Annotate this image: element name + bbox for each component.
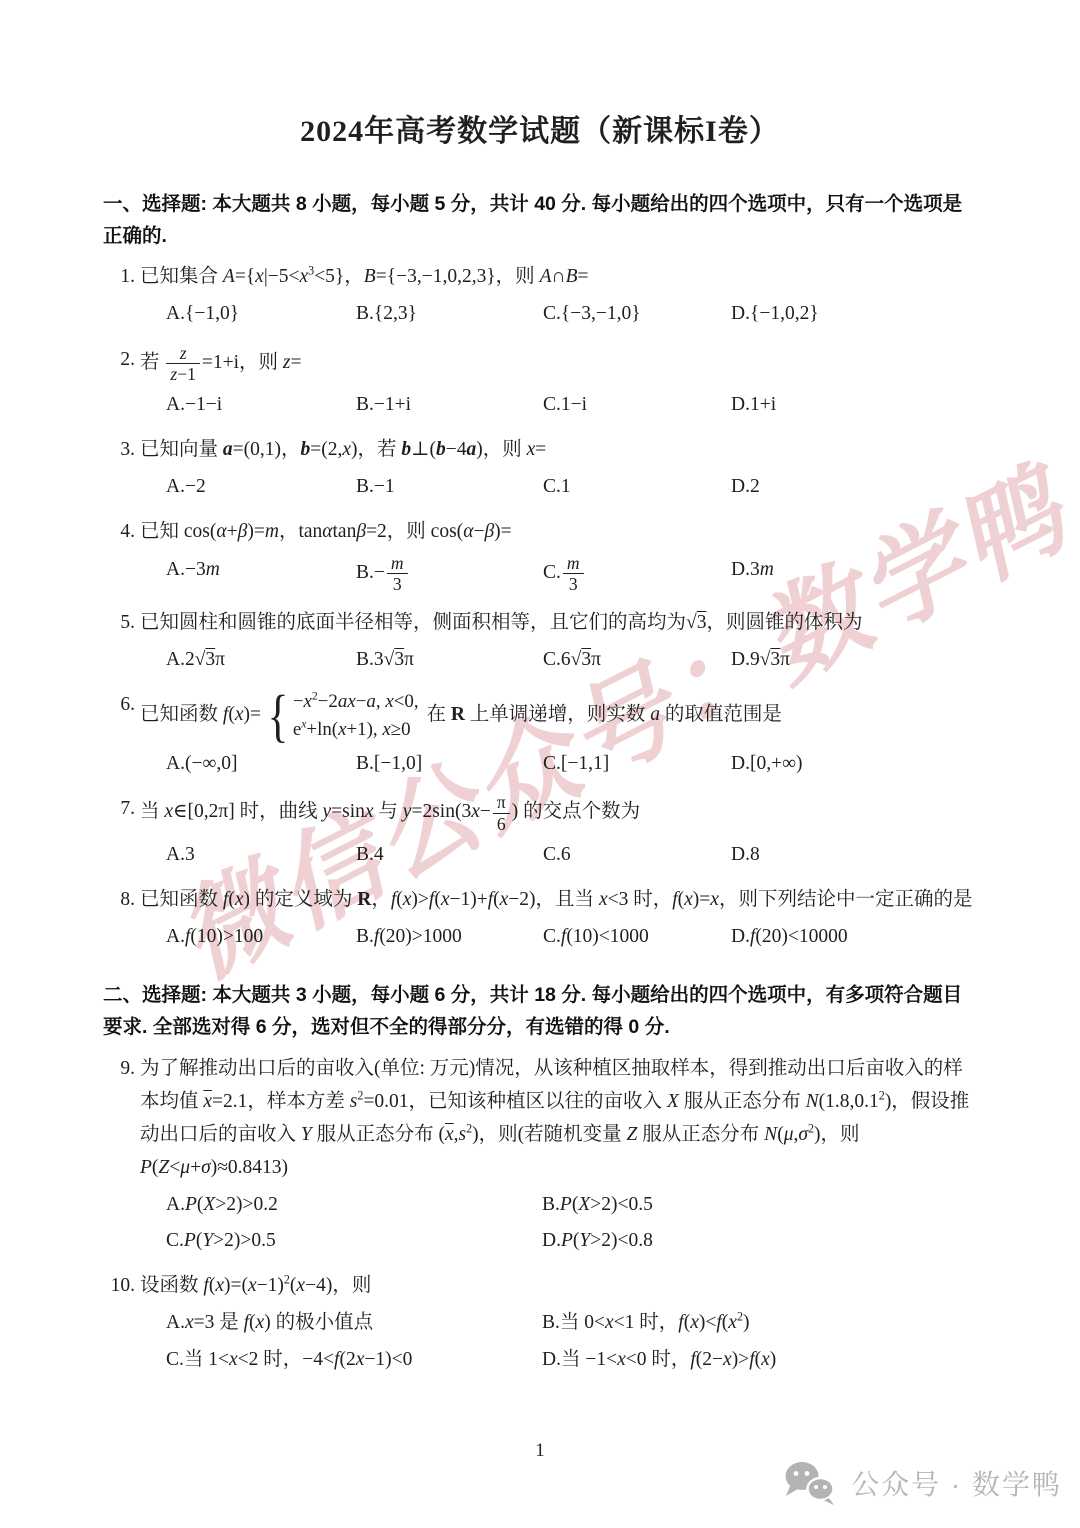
question-6-option-a: A.(−∞,0] <box>166 747 356 780</box>
question-6-text: 已知函数 f(x)={−x2−2ax−a, x<0,ex+ln(x+1), x≥… <box>140 688 977 743</box>
question-5-text: 已知圆柱和圆锥的底面半径相等，侧面积相等，且它们的高均为√3，则圆锥的体积为 <box>140 606 977 639</box>
question-7-options: A.3 B.4 C.6 D.8 <box>140 838 977 871</box>
question-4-option-d: D.3m <box>731 553 977 594</box>
question-3-option-c: C.1 <box>543 470 731 503</box>
question-5-option-d: D.9√3π <box>731 643 977 676</box>
question-2-option-d: D.1+i <box>731 388 977 421</box>
question-5: 5. 已知圆柱和圆锥的底面半径相等，侧面积相等，且它们的高均为√3，则圆锥的体积… <box>103 606 977 676</box>
question-10-option-b: B.当 0<x<1 时，f(x)<f(x2) <box>542 1306 977 1339</box>
question-6: 6. 已知函数 f(x)={−x2−2ax−a, x<0,ex+ln(x+1),… <box>103 688 977 780</box>
question-1-option-c: C.{−3,−1,0} <box>543 297 731 330</box>
question-8-option-b: B.f(20)>1000 <box>356 920 543 953</box>
question-2-options: A.−1−i B.−1+i C.1−i D.1+i <box>140 388 977 421</box>
question-3-text: 已知向量 a=(0,1)，b=(2,x)，若 b⊥(b−4a)，则 x= <box>140 433 977 466</box>
question-7-option-d: D.8 <box>731 838 977 871</box>
page-title: 2024年高考数学试题（新课标I卷） <box>103 106 977 150</box>
exam-content: 2024年高考数学试题（新课标I卷） 一、选择题: 本大题共 8 小题，每小题 … <box>0 106 1080 1376</box>
exam-page: 微信公众号：数学鸭 2024年高考数学试题（新课标I卷） 一、选择题: 本大题共… <box>0 0 1080 1528</box>
section-1-heading: 一、选择题: 本大题共 8 小题，每小题 5 分，共计 40 分. 每小题给出的… <box>103 188 977 252</box>
question-5-option-a: A.2√3π <box>166 643 356 676</box>
question-6-option-c: C.[−1,1] <box>543 747 731 780</box>
question-10-text: 设函数 f(x)=(x−1)2(x−4)，则 <box>140 1269 977 1302</box>
question-8-option-c: C.f(10)<1000 <box>543 920 731 953</box>
question-10-options: A.x=3 是 f(x) 的极小值点 B.当 0<x<1 时，f(x)<f(x2… <box>140 1306 977 1375</box>
question-7-option-c: C.6 <box>543 838 731 871</box>
question-9-option-d: D.P(Y>2)<0.8 <box>542 1224 977 1257</box>
question-1: 1. 已知集合 A={x|−5<x3<5}，B={−3,−1,0,2,3}，则 … <box>103 260 977 330</box>
question-5-option-c: C.6√3π <box>543 643 731 676</box>
question-4-option-b: B.−m3 <box>356 553 543 594</box>
question-10-option-d: D.当 −1<x<0 时，f(2−x)>f(x) <box>542 1343 977 1376</box>
section-2-heading: 二、选择题: 本大题共 3 小题，每小题 6 分，共计 18 分. 每小题给出的… <box>103 979 977 1043</box>
question-6-option-b: B.[−1,0] <box>356 747 543 780</box>
question-4-options: A.−3m B.−m3 C.m3 D.3m <box>140 553 977 594</box>
question-8-option-a: A.f(10)>100 <box>166 920 356 953</box>
question-7-option-a: A.3 <box>166 838 356 871</box>
question-2-option-c: C.1−i <box>543 388 731 421</box>
question-2-text: 若 zz−1=1+i，则 z= <box>140 343 977 384</box>
question-3-option-a: A.−2 <box>166 470 356 503</box>
question-4-text: 已知 cos(α+β)=m，tanαtanβ=2，则 cos(α−β)= <box>140 515 977 548</box>
question-10-option-a: A.x=3 是 f(x) 的极小值点 <box>166 1306 542 1339</box>
question-6-options: A.(−∞,0] B.[−1,0] C.[−1,1] D.[0,+∞) <box>140 747 977 780</box>
question-8-text: 已知函数 f(x) 的定义域为 R，f(x)>f(x−1)+f(x−2)，且当 … <box>140 883 977 916</box>
question-10: 10. 设函数 f(x)=(x−1)2(x−4)，则 A.x=3 是 f(x) … <box>103 1269 977 1375</box>
question-10-option-c: C.当 1<x<2 时，−4<f(2x−1)<0 <box>166 1343 542 1376</box>
question-9: 9. 为了解推动出口后的亩收入(单位: 万元)情况，从该种植区抽取样本，得到推动… <box>103 1052 977 1258</box>
question-3: 3. 已知向量 a=(0,1)，b=(2,x)，若 b⊥(b−4a)，则 x= … <box>103 433 977 503</box>
question-3-options: A.−2 B.−1 C.1 D.2 <box>140 470 977 503</box>
wechat-account-label: 公众号 · 数学鸭 <box>851 1463 1062 1503</box>
question-5-number: 5. <box>103 606 140 676</box>
question-7-text: 当 x∈[0,2π] 时，曲线 y=sinx 与 y=2sin(3x−π6) 的… <box>140 792 977 833</box>
question-1-option-a: A.{−1,0} <box>166 297 356 330</box>
question-7-number: 7. <box>103 792 140 870</box>
question-9-number: 9. <box>103 1052 140 1258</box>
question-1-options: A.{−1,0} B.{2,3} C.{−3,−1,0} D.{−1,0,2} <box>140 297 977 330</box>
question-4-option-c: C.m3 <box>543 553 731 594</box>
question-3-option-d: D.2 <box>731 470 977 503</box>
question-1-text: 已知集合 A={x|−5<x3<5}，B={−3,−1,0,2,3}，则 A∩B… <box>140 260 977 293</box>
question-7: 7. 当 x∈[0,2π] 时，曲线 y=sinx 与 y=2sin(3x−π6… <box>103 792 977 870</box>
question-2-option-b: B.−1+i <box>356 388 543 421</box>
wechat-account-badge: 公众号 · 数学鸭 <box>781 1460 1062 1506</box>
question-8-option-d: D.f(20)<10000 <box>731 920 977 953</box>
question-9-text: 为了解推动出口后的亩收入(单位: 万元)情况，从该种植区抽取样本，得到推动出口后… <box>140 1052 977 1185</box>
question-9-option-a: A.P(X>2)>0.2 <box>166 1188 542 1221</box>
question-1-option-d: D.{−1,0,2} <box>731 297 977 330</box>
question-3-number: 3. <box>103 433 140 503</box>
question-2-option-a: A.−1−i <box>166 388 356 421</box>
question-2: 2. 若 zz−1=1+i，则 z= A.−1−i B.−1+i C.1−i D… <box>103 343 977 421</box>
question-9-options: A.P(X>2)>0.2 B.P(X>2)<0.5 C.P(Y>2)>0.5 D… <box>140 1188 977 1257</box>
question-4: 4. 已知 cos(α+β)=m，tanαtanβ=2，则 cos(α−β)= … <box>103 515 977 593</box>
question-8: 8. 已知函数 f(x) 的定义域为 R，f(x)>f(x−1)+f(x−2)，… <box>103 883 977 953</box>
question-5-option-b: B.3√3π <box>356 643 543 676</box>
question-10-number: 10. <box>103 1269 140 1375</box>
question-6-number: 6. <box>103 688 140 780</box>
question-8-number: 8. <box>103 883 140 953</box>
page-number: 1 <box>0 1440 1080 1462</box>
question-2-number: 2. <box>103 343 140 421</box>
question-1-number: 1. <box>103 260 140 330</box>
question-9-option-b: B.P(X>2)<0.5 <box>542 1188 977 1221</box>
question-3-option-b: B.−1 <box>356 470 543 503</box>
question-4-option-a: A.−3m <box>166 553 356 594</box>
question-4-number: 4. <box>103 515 140 593</box>
question-1-option-b: B.{2,3} <box>356 297 543 330</box>
question-5-options: A.2√3π B.3√3π C.6√3π D.9√3π <box>140 643 977 676</box>
question-6-option-d: D.[0,+∞) <box>731 747 977 780</box>
question-8-options: A.f(10)>100 B.f(20)>1000 C.f(10)<1000 D.… <box>140 920 977 953</box>
question-9-option-c: C.P(Y>2)>0.5 <box>166 1224 542 1257</box>
question-7-option-b: B.4 <box>356 838 543 871</box>
wechat-icon <box>781 1460 839 1506</box>
